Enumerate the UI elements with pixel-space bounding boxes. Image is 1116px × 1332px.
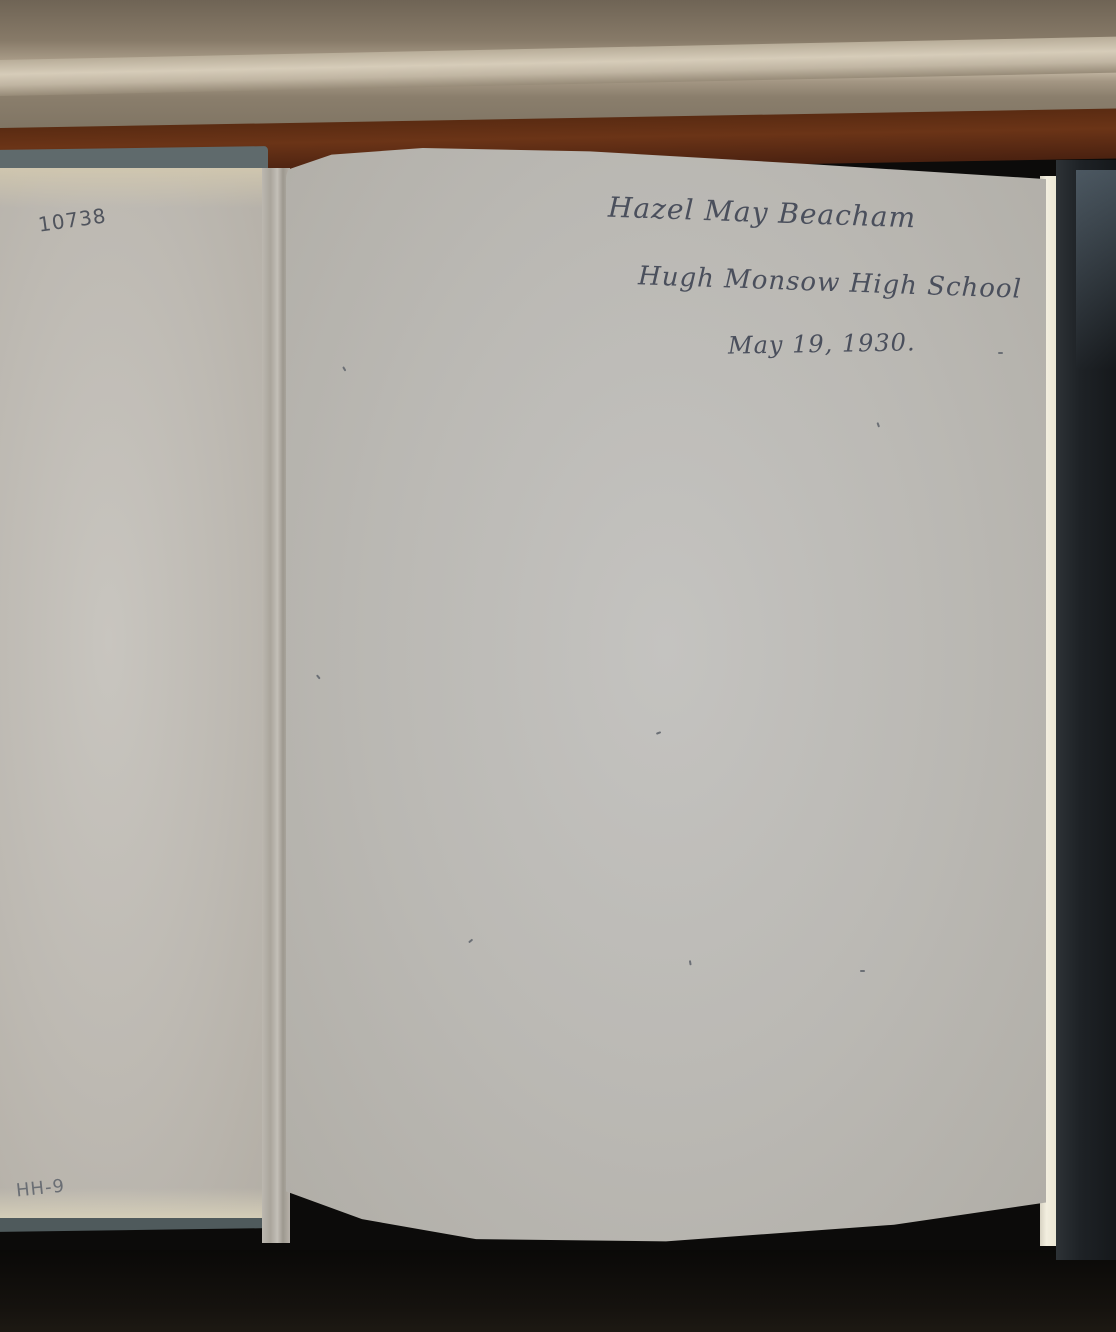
endpaper-turn-in-top — [0, 168, 272, 208]
photo-scene: 10738 HH-9 Hazel May Beacham Hugh Monsow… — [0, 0, 1116, 1332]
back-cover-board — [1056, 160, 1116, 1260]
book-hinge-gutter — [262, 168, 290, 1243]
front-pastedown-endpaper — [0, 168, 272, 1218]
paper-speck — [860, 970, 865, 972]
free-endpaper-page — [286, 148, 1046, 1258]
paper-speck — [998, 352, 1003, 354]
cover-light-reflection — [1076, 170, 1116, 370]
inscription-date: May 19, 1930. — [728, 328, 916, 359]
dark-surface — [0, 1250, 1116, 1332]
